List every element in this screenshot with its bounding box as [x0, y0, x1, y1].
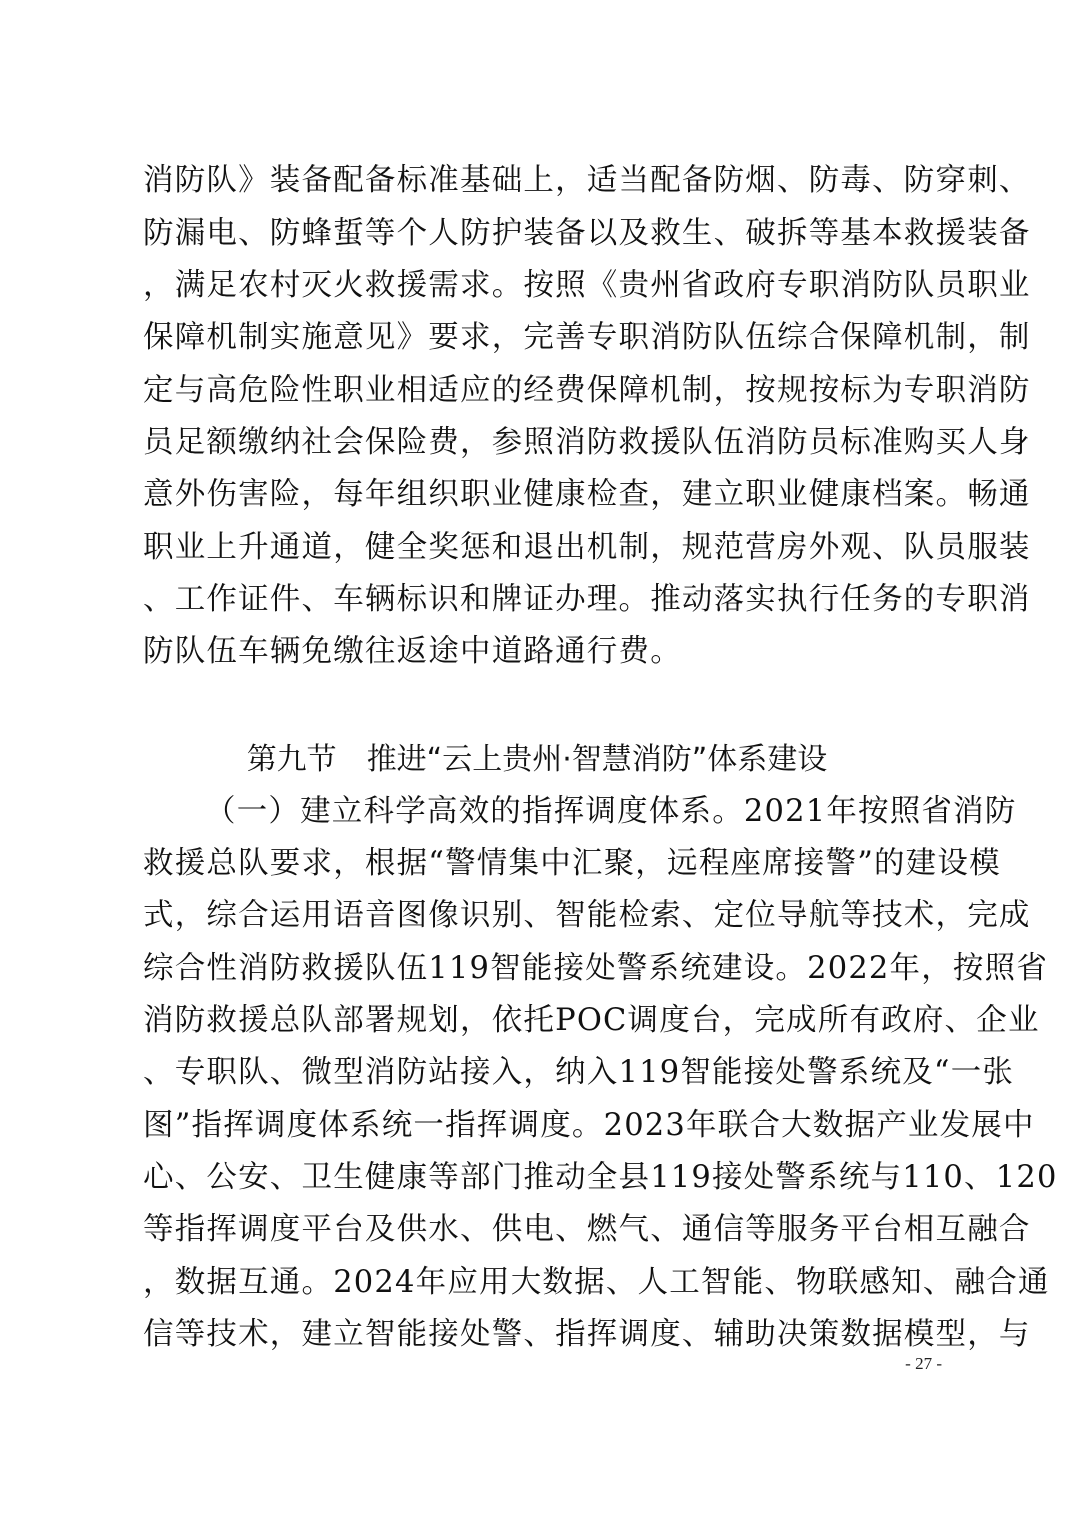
text-line: ，数据互通。2024年应用大数据、人工智能、物联感知、融合通 — [143, 1265, 943, 1301]
text-line: 定与高危险性职业相适应的经费保障机制，按规按标为专职消防 — [143, 373, 943, 409]
text-line: 式，综合运用语音图像识别、智能检索、定位导航等技术，完成 — [143, 898, 943, 934]
section-number: 第九节 — [247, 742, 337, 777]
text-line: （一）建立科学高效的指挥调度体系。2021年按照省消防 — [205, 794, 943, 830]
section-title: 推进“云上贵州·智慧消防”体系建设 — [367, 742, 828, 777]
text-line: 意外伤害险，每年组织职业健康检查，建立职业健康档案。畅通 — [143, 477, 943, 513]
text-line: 等指挥调度平台及供水、供电、燃气、通信等服务平台相互融合 — [143, 1212, 943, 1248]
text-line: 防队伍车辆免缴往返途中道路通行费。 — [143, 634, 943, 670]
text-line: 员足额缴纳社会保险费，参照消防救援队伍消防员标准购买人身 — [143, 425, 943, 461]
text-line: 保障机制实施意见》要求，完善专职消防队伍综合保障机制，制 — [143, 320, 943, 356]
text-line: 消防队》装备配备标准基础上，适当配备防烟、防毒、防穿刺、 — [143, 163, 943, 199]
text-line: 图”指挥调度体系统一指挥调度。2023年联合大数据产业发展中 — [143, 1108, 943, 1144]
text-line: 救援总队要求，根据“警情集中汇聚，远程座席接警”的建设模 — [143, 846, 943, 882]
text-line: ，满足农村灭火救援需求。按照《贵州省政府专职消防队员职业 — [143, 268, 943, 304]
section-heading: 第九节推进“云上贵州·智慧消防”体系建设 — [0, 742, 1074, 778]
text-line: 信等技术，建立智能接处警、指挥调度、辅助决策数据模型，与 — [143, 1317, 943, 1353]
text-line: 、工作证件、车辆标识和牌证办理。推动落实执行任务的专职消 — [143, 582, 943, 618]
text-line: 防漏电、防蜂蜇等个人防护装备以及救生、破拆等基本救援装备 — [143, 216, 943, 252]
text-line: 职业上升通道，健全奖惩和退出机制，规范营房外观、队员服装 — [143, 530, 943, 566]
text-line: 、专职队、微型消防站接入，纳入119智能接处警系统及“一张 — [143, 1055, 943, 1091]
page-number: - 27 - — [905, 1354, 942, 1374]
text-line: 消防救援总队部署规划，依托POC调度台，完成所有政府、企业 — [143, 1003, 943, 1039]
text-line: 心、公安、卫生健康等部门推动全县119接处警系统与110、120 — [143, 1160, 943, 1196]
text-line: 综合性消防救援队伍119智能接处警系统建设。2022年，按照省 — [143, 951, 943, 987]
document-page: 消防队》装备配备标准基础上，适当配备防烟、防毒、防穿刺、 防漏电、防蜂蜇等个人防… — [0, 0, 1074, 1520]
